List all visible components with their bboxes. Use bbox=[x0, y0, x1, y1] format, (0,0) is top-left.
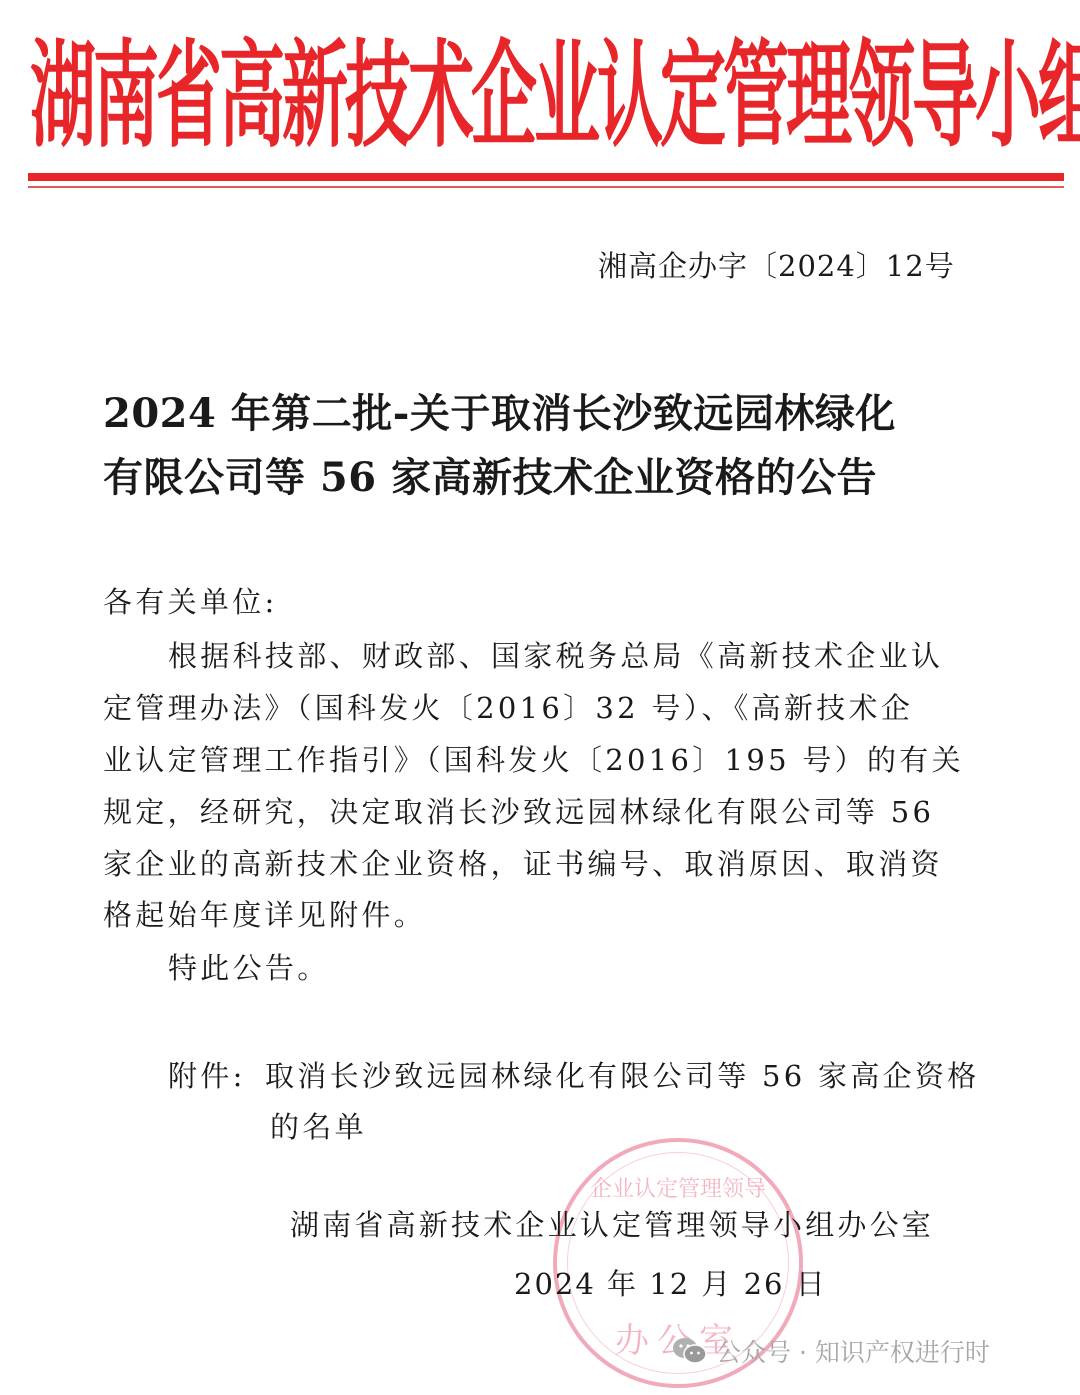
watermark: 公众号 · 知识产权进行时 bbox=[672, 1333, 990, 1369]
signature-date: 2024 年 12 月 26 日 bbox=[514, 1262, 827, 1303]
body-line: 格起始年度详见附件。 bbox=[103, 893, 426, 934]
salutation: 各有关单位: bbox=[103, 580, 278, 621]
body-line: 业认定管理工作指引》（国科发火〔2016〕195 号）的有关 bbox=[103, 738, 964, 779]
seal-arc-text: 企业认定管理领导 bbox=[557, 1172, 799, 1203]
body-line: 根据科技部、财政部、国家税务总局《高新技术企业认 bbox=[168, 634, 943, 675]
letterhead-divider-thin bbox=[28, 186, 1064, 188]
document-title-line-2: 有限公司等 56 家高新技术企业资格的公告 bbox=[103, 446, 877, 503]
attachment-title-line-2: 的名单 bbox=[270, 1105, 367, 1146]
body-line: 规定，经研究，决定取消长沙致远园林绿化有限公司等 56 bbox=[103, 790, 934, 831]
wechat-icon bbox=[672, 1336, 708, 1366]
closing-text: 特此公告。 bbox=[168, 946, 330, 987]
document-title-line-1: 2024 年第二批-关于取消长沙致远园林绿化 bbox=[103, 382, 896, 439]
attachment-label: 附件: bbox=[168, 1054, 246, 1095]
watermark-text: 公众号 · 知识产权进行时 bbox=[716, 1333, 990, 1369]
signature-organization: 湖南省高新技术企业认定管理领导小组办公室 bbox=[290, 1203, 934, 1244]
body-line: 定管理办法》（国科发火〔2016〕32 号）、《高新技术企 bbox=[103, 686, 913, 727]
org-letterhead-title: 湖南省高新技术企业认定管理领导小组办公室 bbox=[30, 22, 1060, 172]
attachment-title-line-1: 取消长沙致远园林绿化有限公司等 56 家高企资格 bbox=[265, 1054, 980, 1095]
letterhead-divider-thick bbox=[28, 173, 1064, 181]
body-line: 家企业的高新技术企业资格，证书编号、取消原因、取消资 bbox=[103, 842, 943, 883]
document-number: 湘高企办字〔2024〕12号 bbox=[598, 244, 955, 285]
